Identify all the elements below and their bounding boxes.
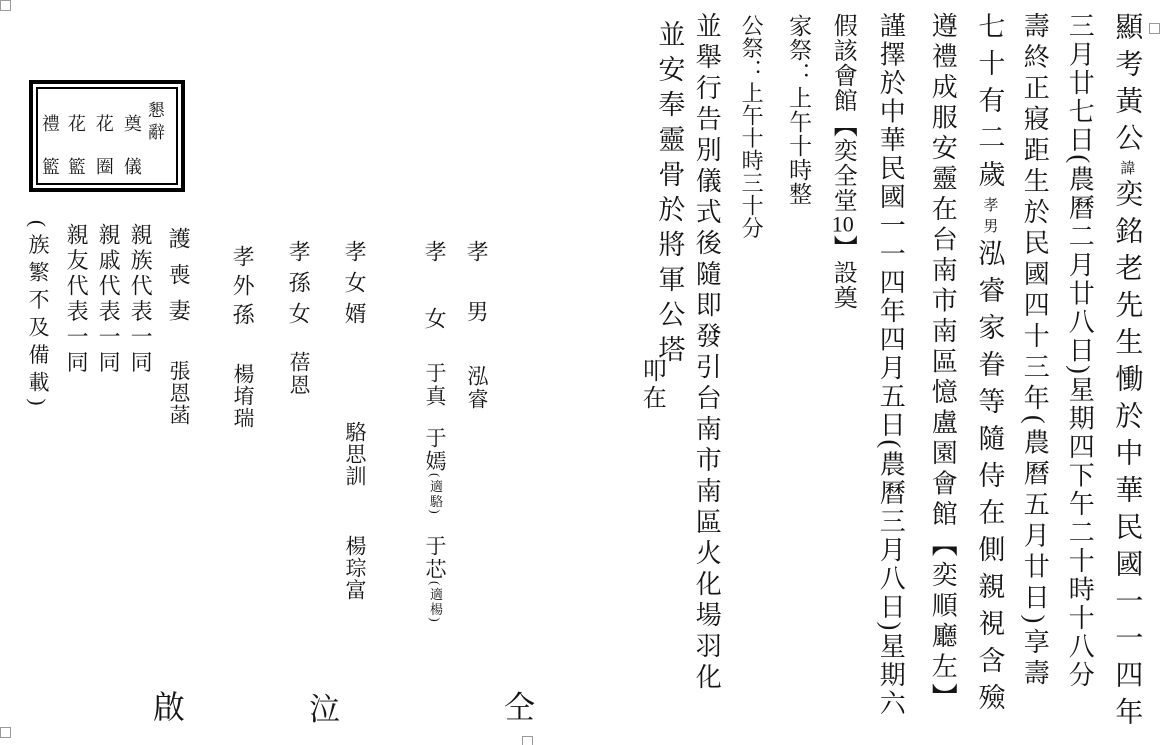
closing-char-qi: 泣	[309, 694, 340, 725]
deceased-name-pre: 顯考黃公	[1111, 12, 1142, 160]
kowtow-closing: 叩在	[638, 358, 663, 412]
venue-pre: 假該會館【奕全堂	[829, 13, 855, 213]
ceremony-venue-line: 假該會館【奕全堂10】設奠	[829, 13, 854, 310]
maternal-grandson-label: 孝外孫	[231, 245, 254, 332]
widow-name: 張恩菡	[168, 360, 190, 426]
son-name: 泓睿	[466, 365, 488, 411]
daughter-2-married-note: (適駱)	[428, 473, 443, 516]
corner-mark-bottom-left	[0, 727, 11, 738]
daughter-3-name-text: 于芯	[423, 535, 447, 581]
corner-mark-right	[1149, 23, 1160, 34]
age-line: 七十有二歲孝男泓睿家眷等隨侍在側親視含殮	[975, 12, 1003, 720]
deceased-name-line: 顯考黃公諱奕銘老先生慟於中華民國一一四年	[1112, 12, 1141, 734]
widow-label: 護喪妻	[167, 227, 190, 335]
friends-representatives-line: 親友代表一同	[65, 223, 88, 376]
age-post: 泓睿家眷等隨侍在側親視含殮	[974, 239, 1004, 720]
declined-item-gift-basket: 禮籃	[40, 114, 59, 200]
son-in-law-name-1: 駱思訓	[344, 421, 366, 487]
deceased-name-post: 奕銘老先生慟於中華民國一一四年	[1111, 179, 1142, 734]
granddaughter-name: 蓓恩	[288, 351, 310, 397]
clan-note-line: (族繁不及備載)	[27, 220, 49, 412]
daughter-name-3: 于芯(適楊)	[424, 535, 446, 624]
honorific-hui-small: 諱	[1118, 160, 1134, 179]
public-service-time-line: 公祭：上午十時三十分	[740, 14, 763, 239]
filial-son-small: 孝男	[981, 197, 997, 239]
declined-item-flower-basket: 花籃	[66, 114, 85, 200]
son-label: 孝男	[465, 240, 488, 360]
closing-char-announce: 啟	[153, 691, 185, 723]
ceremony-date-line: 謹擇於中華民國一一四年四月五日(農曆三月八日)星期六	[877, 12, 904, 718]
box-title-decline: 懇辭	[145, 101, 163, 145]
declined-item-wreath: 花圈	[94, 114, 113, 200]
declined-item-offering: 奠儀	[122, 114, 141, 200]
age-pre: 七十有二歲	[974, 12, 1004, 197]
memorial-hall-line: 遵禮成服安靈在台南市南區憶盧園會館【奕順廳左】	[929, 12, 956, 714]
birth-date-line: 壽終正寢距生於民國四十三年(農曆五月廿日)享壽	[1021, 12, 1048, 690]
daughter-name-1: 于真	[424, 362, 446, 408]
funeral-procession-line: 並舉行告別儀式後隨即發引台南市南區火化場羽化	[693, 12, 720, 694]
family-service-time-line: 家祭：上午十時整	[786, 14, 810, 206]
declined-condolence-box: 懇辭 奠儀 花圈 花籃 禮籃	[29, 80, 185, 192]
death-date-line: 三月廿七日(農曆二月廿八日)星期四下午二十時十八分	[1066, 12, 1093, 690]
closing-char-tong: 仝	[504, 692, 535, 723]
relatives-representatives-line: 親戚代表一同	[97, 223, 120, 376]
son-in-law-name-2: 楊琮富	[344, 535, 366, 601]
granddaughter-label: 孝孫女	[287, 240, 310, 333]
corner-mark-top-left	[0, 0, 11, 11]
obituary-notice-page: 顯考黃公諱奕銘老先生慟於中華民國一一四年 三月廿七日(農曆二月廿八日)星期四下午…	[0, 0, 1172, 745]
columbarium-line: 並安奉靈骨於將軍公塔	[655, 20, 683, 370]
daughter-3-married-note: (適楊)	[428, 581, 443, 624]
son-in-law-label: 孝女婿	[343, 240, 366, 333]
venue-post: 】設奠	[829, 235, 855, 310]
daughter-name-2: 于嫣(適駱)	[424, 427, 446, 516]
maternal-grandson-name: 楊堉瑞	[232, 363, 254, 429]
hall-number: 10	[830, 213, 855, 235]
corner-mark-bottom-middle	[522, 736, 533, 745]
daughter-2-name-text: 于嫣	[423, 427, 447, 473]
daughter-label: 孝女	[423, 240, 446, 374]
clan-representatives-line: 親族代表一同	[129, 223, 152, 376]
